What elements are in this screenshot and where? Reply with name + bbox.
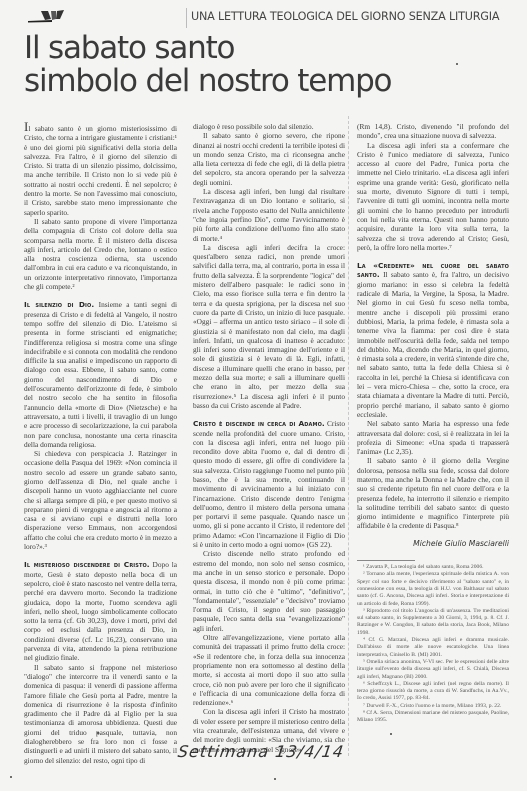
document-page: UNA LETTURA TEOLOGICA DEL GIORNO SENZA L… [0,0,527,791]
handwritten-note: Settimana 13/4/14 [177,742,346,761]
paragraph: dialogo è reso possibile solo dal silenz… [193,122,345,131]
footnote: ⁴ Cf. G. Marzani, Discesa agli inferi e … [357,637,509,659]
footnote: ⁵ Omelia siriaca anonima, V-VI sec. Per … [357,659,509,681]
author-signature: Michele Giulio Masciarelli [357,539,509,548]
paragraph: Cristo discende nello strato profondo ed… [193,549,345,633]
footnote: ¹ Zavatta P., La teologia del sabato san… [357,564,509,571]
header-divider [186,8,187,28]
section-paragraph: Cristo è discende in cerca di Adamo. Cri… [193,419,345,549]
paragraph: Il sabato santo è un giorno misteriosiss… [24,122,177,217]
speck [456,63,458,65]
column-divider [348,116,349,756]
article-title: Il sabato santo simbolo del nostro tempo [24,32,391,98]
paragraph: Il sabato santo si frappone nel misterio… [24,663,177,765]
section-heading: Il silenzio di Dio. [24,300,94,309]
speck [97,732,99,734]
footnote: ⁸ Cf A. Serra, Dimensioni mariane del mi… [357,710,509,725]
paragraph: Nel sabato santo Maria ha espresso una f… [357,419,509,456]
paragraph: Il sabato santo è giorno severo, che rip… [193,131,345,187]
section-paragraph: Il misterioso discendere di Cristo. Dopo… [24,560,177,662]
footnote: ² Tornano alla mente, l'esperienza spiri… [357,571,509,607]
paragraph: Il sabato santo è il giorno della Vergin… [357,456,509,530]
paragraph: Il sabato santo propone di vivere l'impo… [24,217,177,291]
footnote: ³ Riprodotto col titolo L'angoscia di un… [357,608,509,637]
paragraph: La discesa agli inferi decifra la croce:… [193,243,345,410]
paragraph: Oltre all'evangelizzazione, viene portat… [193,633,345,707]
section-paragraph: La «Credente» nel cuore del sabato santo… [357,261,509,419]
footnote-rule [357,560,415,561]
speck [274,778,276,780]
article-column-3: (Rm 14,8). Cristo, divenendo "il profond… [357,122,509,725]
title-line-2: simbolo del nostro tempo [24,63,391,99]
section-kicker: UNA LETTURA TEOLOGICA DEL GIORNO SENZA L… [191,10,499,23]
paragraph: Si chiedeva con perspicacia J. Ratzinger… [24,449,177,551]
footnotes: ¹ Zavatta P., La teologia del sabato san… [357,564,509,725]
speck [10,776,12,778]
footnote: ⁷ Durwell F.-X., Cristo l'uomo e la mort… [357,703,509,710]
section-paragraph: Il silenzio di Dio. Insieme a tanti segn… [24,300,177,449]
section-heading: Cristo è discende in cerca di Adamo. [193,419,325,428]
article-column-1: Il sabato santo è un giorno misteriosiss… [24,122,177,765]
footnote: ⁶ Scheffczyk L., Discese agli inferi (ne… [357,681,509,703]
paragraph: La discesa agli inferi sta a confermare … [357,141,509,253]
paragraph: (Rm 14,8). Cristo, divenendo "il profond… [357,122,509,141]
section-heading: Il misterioso discendere di Cristo. [24,560,150,569]
title-line-1: Il sabato santo [24,30,234,66]
publication-logo-icon [26,8,72,24]
paragraph: La discesa agli inferi, ben lungi dal ri… [193,187,345,243]
article-column-2: dialogo è reso possibile solo dal silenz… [193,122,345,754]
speck [390,733,392,735]
